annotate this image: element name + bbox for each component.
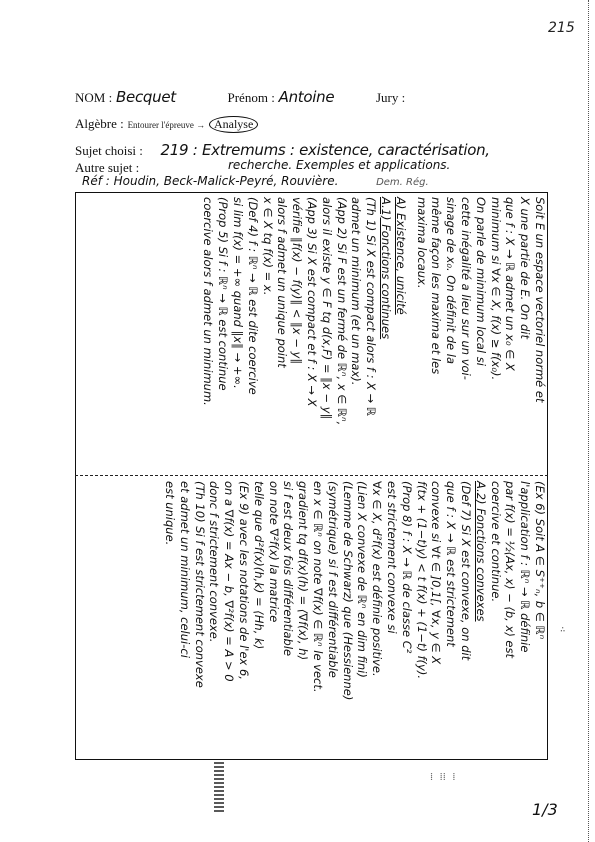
handwritten-line: ∀x ∈ X, d²f(x) est définie positive. bbox=[369, 477, 384, 759]
handwritten-line: est strictement convexe si bbox=[384, 477, 399, 759]
handwritten-line: (symétrique) si f est différentiable bbox=[325, 477, 340, 759]
handwritten-line: (Prop 8) f : X → ℝ de classe C² bbox=[399, 477, 414, 759]
sujet-label: Sujet choisi : bbox=[75, 143, 143, 158]
sujet-line-2: recherche. Exemples et applications. bbox=[228, 158, 450, 172]
sujet-row-2: recherche. Exemples et applications. bbox=[228, 158, 450, 172]
handwritten-line: et admet un minimum, celui-ci bbox=[177, 477, 192, 759]
analyse-circled: Analyse bbox=[209, 116, 258, 133]
rotated-text-bottom: (Ex 6) Soit A ∈ S⁺⁺ₙ, b ∈ ℝⁿl'applicatio… bbox=[76, 477, 547, 759]
handwritten-line: X une partie de E. On dit bbox=[517, 193, 532, 474]
handwritten-line: A) Existence, unicité bbox=[393, 193, 408, 474]
ref-extra: Dem. Rég. bbox=[376, 177, 429, 188]
autre-label: Autre sujet : bbox=[75, 160, 139, 175]
handwritten-line: (Th 1) Si X est compact alors f : X → ℝ bbox=[363, 193, 378, 474]
ink-smudge bbox=[214, 762, 224, 812]
handwritten-line: même façon les maxima et les bbox=[429, 193, 444, 474]
sujet-line-1: 219 : Extremums : existence, caractérisa… bbox=[161, 141, 490, 159]
handwritten-line: minimum si ∀x ∈ X, f(x) ≥ f(x₀). bbox=[488, 193, 503, 474]
handwritten-line: maxima locaux. bbox=[414, 193, 429, 474]
answer-bottom-half: (Ex 6) Soit A ∈ S⁺⁺ₙ, b ∈ ℝⁿl'applicatio… bbox=[76, 477, 547, 759]
handwritten-line: alors il existe y ∈ F tq d(x,F) = ‖x − y… bbox=[319, 193, 334, 474]
scan-edge-dotted-line bbox=[588, 0, 589, 842]
handwritten-line: admet un minimum (et un max). bbox=[349, 193, 364, 474]
handwritten-line: l'application f : ℝⁿ → ℝ définie bbox=[517, 477, 532, 759]
handwritten-line: alors f admet un unique point bbox=[275, 193, 290, 474]
page-number: 1/3 bbox=[532, 800, 558, 819]
handwritten-line: coercive alors f admet un minimum. bbox=[201, 193, 216, 474]
handwritten-line: (Lien X convexe de ℝⁿ en dim fini) bbox=[355, 477, 370, 759]
epreuve-row: Algèbre : Entourer l'épreuve → Analyse bbox=[75, 116, 258, 133]
handwritten-line: coercive et continue. bbox=[488, 477, 503, 759]
handwritten-line: sinage de x₀. On définit de la bbox=[443, 193, 458, 474]
handwritten-line bbox=[408, 193, 414, 474]
nom-label: NOM : bbox=[75, 90, 112, 105]
handwritten-line: (Ex 6) Soit A ∈ S⁺⁺ₙ, b ∈ ℝⁿ bbox=[532, 477, 547, 759]
box-divider bbox=[75, 475, 548, 476]
sujet-row: Sujet choisi : 219 : Extremums : existen… bbox=[75, 141, 490, 159]
nom-value: Becquet bbox=[116, 88, 176, 106]
handwritten-line: vérifie ‖f(x) − f(y)‖ < ‖x − y‖ bbox=[289, 193, 304, 474]
handwritten-line: si lim f(x) = +∞ quand ‖x‖ → +∞. bbox=[230, 193, 245, 474]
handwritten-line: Soit E un espace vectoriel normé et bbox=[532, 193, 547, 474]
handwritten-line: convexe si ∀t ∈ ]0,1[, ∀x, y ∈ X bbox=[429, 477, 444, 759]
handwritten-line: on note ∇²f(x) la matrice bbox=[266, 477, 281, 759]
handwritten-line: est unique. bbox=[162, 477, 177, 759]
handwritten-line: (Prop 5) Si f : ℝⁿ → ℝ est continue bbox=[215, 193, 230, 474]
name-row: NOM : Becquet Prénom : Antoine Jury : bbox=[75, 88, 405, 106]
jury-label: Jury : bbox=[376, 90, 405, 105]
handwritten-line: donc f strictement convexe. bbox=[207, 477, 222, 759]
handwritten-line: en x ∈ ℝⁿ on note ∇f(x) ∈ ℝⁿ le vect. bbox=[310, 477, 325, 759]
handwritten-line: que f : X → ℝ admet un x₀ ∈ X bbox=[503, 193, 518, 474]
handwritten-line: on a ∇f(x) = Ax − b, ∇²f(x) = A > 0 bbox=[221, 477, 236, 759]
bottom-scribbles: ⁞ ⁞⁞ ⁞ bbox=[430, 770, 455, 783]
handwritten-line: (Ex 9) avec les notations de l'ex 6, bbox=[236, 477, 251, 759]
handwritten-line: cette inégalité a lieu sur un voi- bbox=[458, 193, 473, 474]
handwritten-line: telle que d²f(x)(h,k) = ⟨Hh, k⟩ bbox=[251, 477, 266, 759]
prenom-label: Prénom : bbox=[228, 90, 275, 105]
handwritten-line: par f(x) = ½⟨Ax, x⟩ − ⟨b, x⟩ est bbox=[503, 477, 518, 759]
rotated-text-top: Soit E un espace vectoriel normé etX une… bbox=[76, 193, 547, 474]
handwritten-line: (App 3) Si X est compact et f : X → X bbox=[304, 193, 319, 474]
prenom-value: Antoine bbox=[279, 88, 335, 106]
handwritten-line: si f est deux fois différentiable bbox=[281, 477, 296, 759]
handwritten-line: (Def 4) f : ℝⁿ → ℝ est dite coercive bbox=[245, 193, 260, 474]
handwritten-line: A.2) Fonctions convexes bbox=[473, 477, 488, 759]
handwritten-line: f(tx + (1−t)y) < t f(x) + (1−t) f(y). bbox=[414, 477, 429, 759]
handwritten-line: gradient tq df(x)(h) = ⟨∇f(x), h⟩ bbox=[295, 477, 310, 759]
ref-row: Réf : Houdin, Beck-Malick-Peyré, Rouvièr… bbox=[82, 174, 429, 188]
margin-scribble-right: ∴ bbox=[560, 625, 565, 635]
exam-page: 215 NOM : Becquet Prénom : Antoine Jury … bbox=[0, 0, 595, 842]
corner-mark: 215 bbox=[548, 20, 575, 36]
entourer-label: Entourer l'épreuve → bbox=[128, 120, 206, 130]
ref-line: Réf : Houdin, Beck-Malick-Peyré, Rouvièr… bbox=[82, 174, 338, 188]
handwritten-line: On parle de minimum local si bbox=[473, 193, 488, 474]
handwritten-line: que f : X → ℝ est strictement bbox=[443, 477, 458, 759]
handwritten-line: A.1) Fonctions continues bbox=[378, 193, 393, 474]
algebre-label: Algèbre : bbox=[75, 116, 124, 131]
handwritten-line: (Lemme de Schwarz) que (Hessienne) bbox=[340, 477, 355, 759]
handwritten-line: x ∈ X tq f(x) = x. bbox=[260, 193, 275, 474]
answer-top-half: Soit E un espace vectoriel normé etX une… bbox=[76, 193, 547, 474]
handwritten-line: (Def 7) Si X est convexe, on dit bbox=[458, 477, 473, 759]
handwritten-line: (App 2) Si F est un fermé de ℝⁿ, x ∈ ℝⁿ, bbox=[334, 193, 349, 474]
handwritten-line: (Th 10) Si f est strictement convexe bbox=[192, 477, 207, 759]
